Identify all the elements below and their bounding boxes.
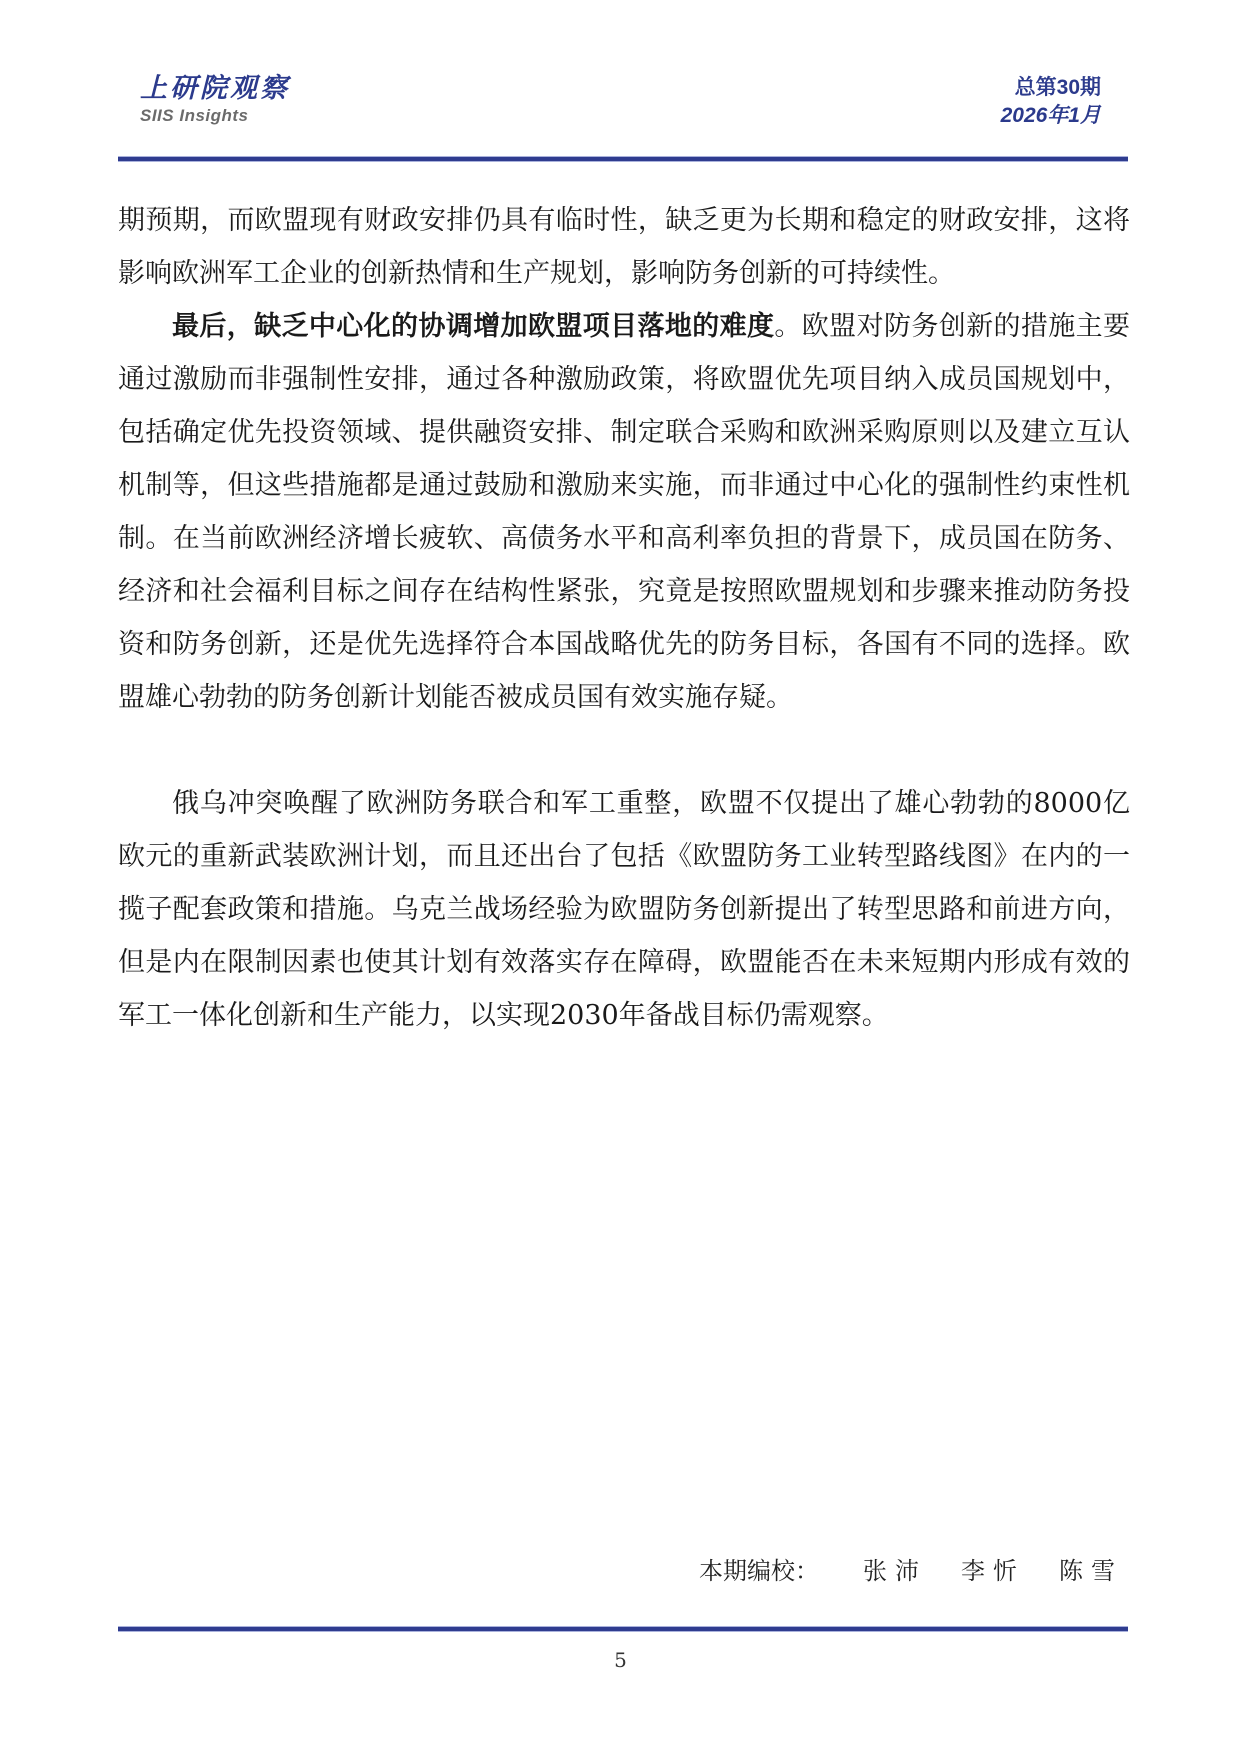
paragraph-text: 。欧盟对防务创新的措施主要通过激励而非强制性安排，通过各种激励政策，将欧盟优先项… bbox=[118, 311, 1130, 713]
paragraph-point: 最后，缺乏中心化的协调增加欧盟项目落地的难度。欧盟对防务创新的措施主要通过激励而… bbox=[118, 300, 1130, 724]
masthead: 上研院观察 SIIS Insights bbox=[140, 74, 290, 126]
paragraph-text: 俄乌冲突唤醒了欧洲防务联合和军工重整，欧盟不仅提出了雄心勃勃的8000亿欧元的重… bbox=[118, 788, 1130, 1031]
article-body: 期预期，而欧盟现有财政安排仍具有临时性，缺乏更为长期和稳定的财政安排，这将影响欧… bbox=[118, 194, 1130, 1042]
header-divider bbox=[118, 156, 1128, 162]
editors-label: 本期编校： bbox=[699, 1556, 819, 1586]
paragraph-continuation: 期预期，而欧盟现有财政安排仍具有临时性，缺乏更为长期和稳定的财政安排，这将影响欧… bbox=[118, 194, 1130, 300]
editors-credit: 本期编校： 张沛 李忻 陈雪 bbox=[699, 1556, 1123, 1586]
editor-name: 陈雪 bbox=[1059, 1556, 1123, 1586]
brand-title-cn: 上研院观察 bbox=[140, 74, 290, 104]
page-number: 5 bbox=[0, 1648, 1241, 1672]
issue-info: 总第30期 2026年1月 bbox=[1001, 74, 1101, 130]
paragraph-text: 期预期，而欧盟现有财政安排仍具有临时性，缺乏更为长期和稳定的财政安排，这将影响欧… bbox=[118, 205, 1130, 289]
footer-divider bbox=[118, 1626, 1128, 1632]
issue-number: 总第30期 bbox=[1001, 74, 1101, 102]
paragraph-lead-heading: 最后，缺乏中心化的协调增加欧盟项目落地的难度 bbox=[172, 311, 774, 342]
editor-name: 李忻 bbox=[961, 1556, 1025, 1586]
issue-date: 2026年1月 bbox=[1001, 102, 1101, 130]
brand-title-en: SIIS Insights bbox=[140, 106, 290, 126]
editor-name: 张沛 bbox=[863, 1556, 927, 1586]
paragraph-spacer bbox=[118, 724, 1130, 777]
paragraph-conclusion: 俄乌冲突唤醒了欧洲防务联合和军工重整，欧盟不仅提出了雄心勃勃的8000亿欧元的重… bbox=[118, 777, 1130, 1042]
